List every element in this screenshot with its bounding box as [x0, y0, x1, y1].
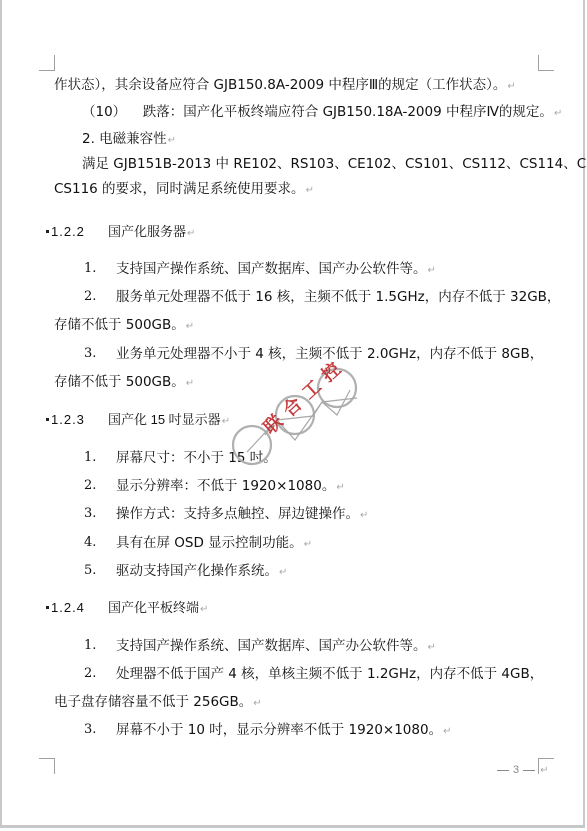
list-number: 1.	[84, 637, 96, 655]
list-item-continuation: 存储不低于 500GB。↵	[54, 373, 194, 393]
list-item-text: 显示分辨率：不低于 1920×1080。	[116, 478, 335, 494]
paragraph-mark-icon: ↵	[279, 567, 287, 578]
list-number: 4.	[84, 534, 96, 552]
section-title: 国产化服务器	[108, 224, 186, 239]
heading-bullet-icon	[46, 230, 49, 233]
section-number: 1.2.2	[51, 223, 108, 241]
margin-corner-top-right	[538, 55, 554, 71]
list-item: 处理器不低于国产 4 核，单核主频不低于 1.2GHz，内存不低于 4GB，	[116, 665, 543, 683]
section-heading-1-2-3: 1.2.3国产化 15 吋显示器↵	[46, 411, 230, 431]
list-number: 1.	[84, 449, 96, 467]
list-number: 2.	[84, 477, 96, 495]
section-heading-1-2-2: 1.2.2国产化服务器↵	[46, 223, 195, 243]
paragraph-mark-icon: ↵	[336, 482, 344, 493]
paragraph-mark-icon: ↵	[507, 81, 515, 92]
page-number-footer: 3↵	[493, 764, 549, 776]
margin-corner-top-left	[39, 55, 55, 71]
section-number: 1.2.3	[51, 411, 108, 429]
list-item: 操作方式：支持多点触控、屏边键操作。↵	[116, 505, 368, 525]
paragraph-mark-icon: ↵	[304, 539, 312, 550]
document-page: 作状态），其余设备应符合 GJB150.8A-2009 中程序Ⅲ的规定（工作状态…	[0, 0, 585, 828]
paragraph-emc-line1: 满足 GJB151B-2013 中 RE102、RS103、CE102、CS10…	[82, 155, 587, 173]
list-number: 2.	[84, 288, 96, 306]
paragraph-mark-icon: ↵	[360, 510, 368, 521]
list-item-text: 电子盘存储容量不低于 256GB。	[54, 694, 252, 710]
list-number: 1.	[84, 260, 96, 278]
heading-bullet-icon	[46, 418, 49, 421]
paragraph-emc-line2: CS116 的要求，同时满足系统使用要求。↵	[54, 180, 314, 200]
paragraph-mark-icon: ↵	[186, 321, 194, 332]
list-item-text: 支持国产操作系统、国产数据库、国产办公软件等。	[116, 261, 427, 277]
list-item: 驱动支持国产化操作系统。↵	[116, 562, 287, 582]
list-number: 3.	[84, 345, 96, 363]
list-item-text: 驱动支持国产化操作系统。	[116, 563, 278, 579]
section-heading-1-2-4: 1.2.4国产化平板终端↵	[46, 599, 208, 619]
section-number: 1.2.4	[51, 599, 108, 617]
list-item: 屏幕尺寸：不小于 15 吋。	[116, 449, 277, 467]
footer-dash-right	[523, 770, 535, 771]
paragraph-text: CS116 的要求，同时满足系统使用要求。	[54, 181, 305, 197]
list-item-text: 支持国产操作系统、国产数据库、国产办公软件等。	[116, 638, 427, 654]
list-item-text: 服务单元处理器不低于 16 核，主频不低于 1.5GHz，内存不低于 32GB，	[116, 289, 560, 305]
list-item: 支持国产操作系统、国产数据库、国产办公软件等。↵	[116, 637, 436, 657]
paragraph-mark-icon: ↵	[306, 185, 314, 196]
paragraph-mark-icon: ↵	[428, 265, 436, 276]
subheading-emc: 2. 电磁兼容性↵	[82, 130, 176, 150]
list-item-continuation: 电子盘存储容量不低于 256GB。↵	[54, 693, 262, 713]
list-item: 支持国产操作系统、国产数据库、国产办公软件等。↵	[116, 260, 436, 280]
paragraph-drop-test: （10） 跌落：国产化平板终端应符合 GJB150.18A-2009 中程序Ⅳ的…	[82, 103, 562, 123]
page-number: 3	[513, 764, 519, 776]
paragraph-mark-icon: ↵	[554, 108, 562, 119]
list-item-text: 具有在屏 OSD 显示控制功能。	[116, 535, 303, 551]
list-item: 服务单元处理器不低于 16 核，主频不低于 1.5GHz，内存不低于 32GB，	[116, 288, 560, 306]
paragraph-mark-icon: ↵	[540, 765, 548, 776]
watermark-text: 联合工控	[257, 350, 352, 439]
list-item-continuation: 存储不低于 500GB。↵	[54, 316, 194, 336]
list-item: 屏幕不小于 10 吋，显示分辨率不低于 1920×1080。↵	[116, 721, 451, 741]
list-item: 显示分辨率：不低于 1920×1080。↵	[116, 477, 345, 497]
list-item-text: 处理器不低于国产 4 核，单核主频不低于 1.2GHz，内存不低于 4GB，	[116, 666, 543, 682]
paragraph-text: 作状态），其余设备应符合 GJB150.8A-2009 中程序Ⅲ的规定（工作状态…	[54, 77, 506, 93]
section-title: 国产化平板终端	[108, 600, 199, 615]
paragraph-mark-icon: ↵	[428, 642, 436, 653]
paragraph-continuation: 作状态），其余设备应符合 GJB150.8A-2009 中程序Ⅲ的规定（工作状态…	[54, 76, 516, 96]
list-number: 5.	[84, 562, 96, 580]
margin-corner-bottom-left	[39, 758, 55, 774]
list-number: 3.	[84, 721, 96, 739]
paragraph-mark-icon: ↵	[222, 416, 230, 427]
list-item-text: 屏幕尺寸：不小于 15 吋。	[116, 450, 277, 466]
paragraph-mark-icon: ↵	[200, 604, 208, 615]
paragraph-mark-icon: ↵	[168, 135, 176, 146]
footer-dash-left	[497, 770, 509, 771]
heading-bullet-icon	[46, 606, 49, 609]
paragraph-text: 满足 GJB151B-2013 中 RE102、RS103、CE102、CS10…	[82, 156, 587, 172]
list-number: 3.	[84, 505, 96, 523]
paragraph-mark-icon: ↵	[443, 726, 451, 737]
list-item-text: 存储不低于 500GB。	[54, 317, 185, 333]
paragraph-mark-icon: ↵	[187, 228, 195, 239]
section-title: 国产化 15 吋显示器	[108, 412, 221, 427]
paragraph-text: 跌落：国产化平板终端应符合 GJB150.18A-2009 中程序Ⅳ的规定。	[143, 104, 553, 120]
list-item: 具有在屏 OSD 显示控制功能。↵	[116, 534, 312, 554]
list-item-text: 操作方式：支持多点触控、屏边键操作。	[116, 506, 359, 522]
paragraph-mark-icon: ↵	[253, 698, 261, 709]
item-prefix: （10）	[82, 104, 126, 120]
list-number: 2.	[84, 665, 96, 683]
paragraph-mark-icon: ↵	[186, 378, 194, 389]
list-item-text: 屏幕不小于 10 吋，显示分辨率不低于 1920×1080。	[116, 722, 442, 738]
subheading-text: 2. 电磁兼容性	[82, 131, 167, 147]
list-item-text: 存储不低于 500GB。	[54, 374, 185, 390]
